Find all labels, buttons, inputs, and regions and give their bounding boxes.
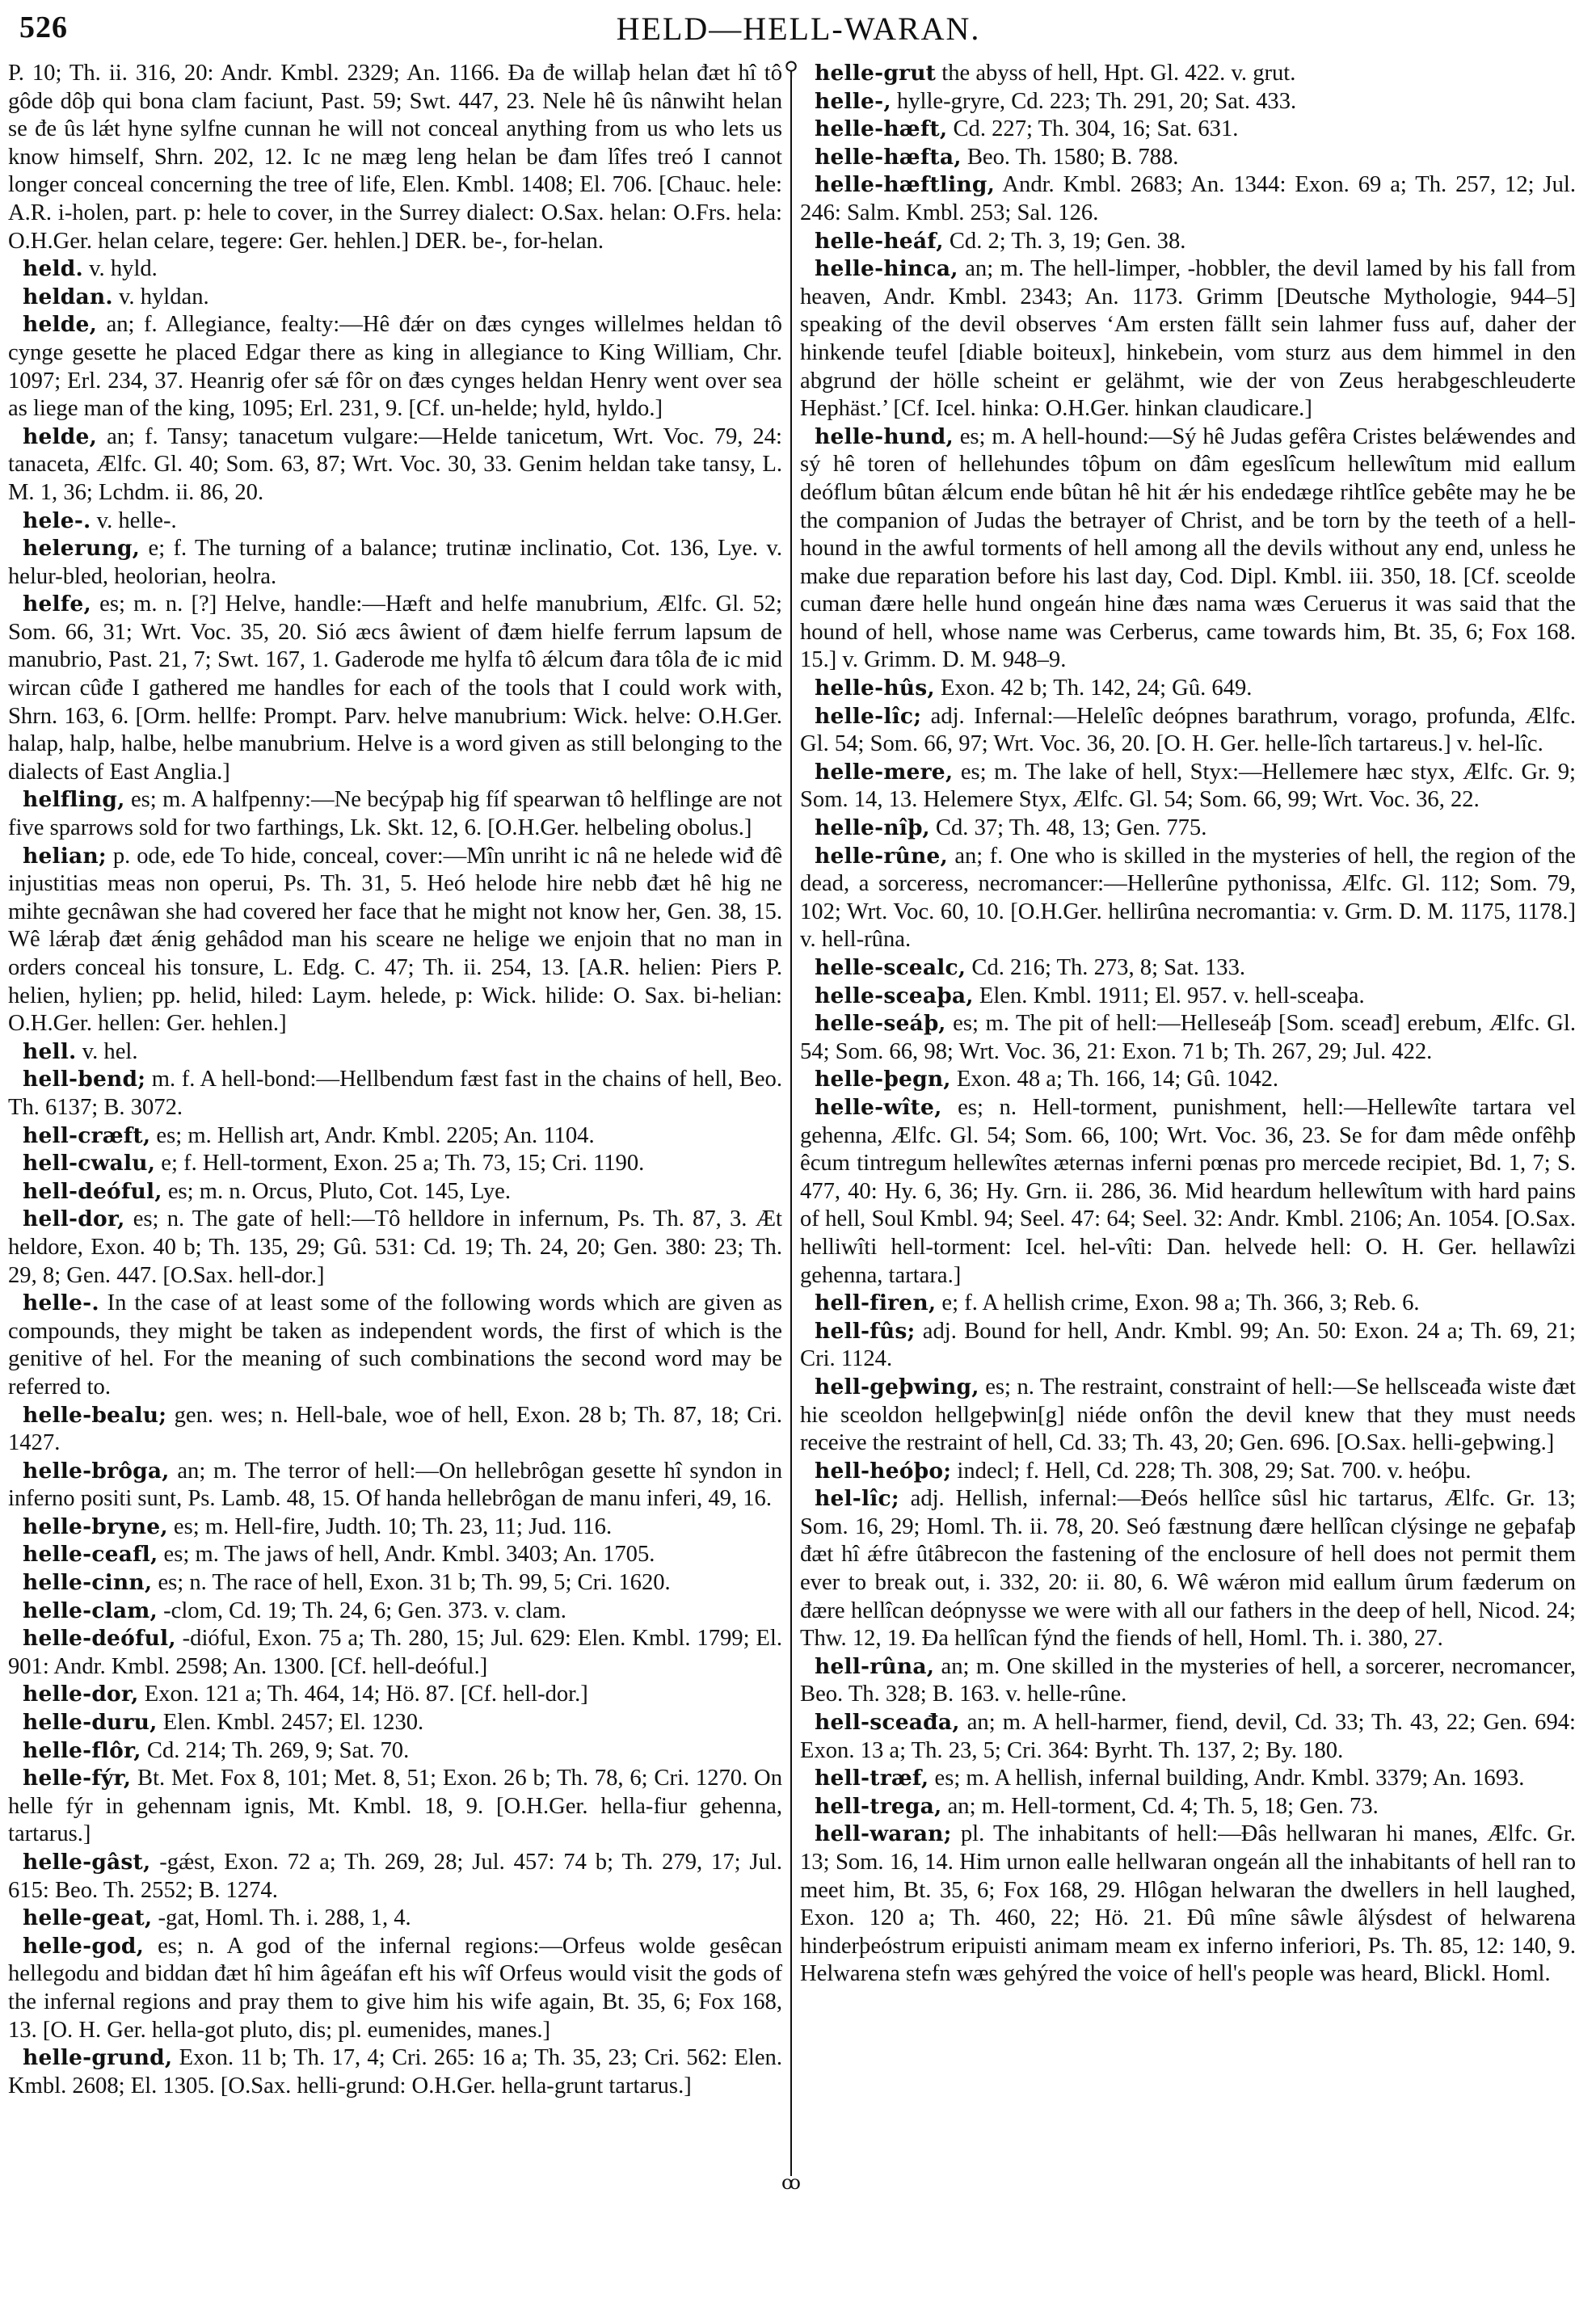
entry-body: -clom, Cd. 19; Th. 24, 6; Gen. 373. v. c…: [163, 1598, 566, 1623]
entry-headword: helle-þegn,: [815, 1067, 951, 1092]
entry-headword: helerung,: [23, 536, 140, 561]
dictionary-entry: helle-. In the case of at least some of …: [8, 1290, 782, 1401]
entry-headword: heldan.: [23, 284, 113, 309]
entry-headword: hell-cwalu,: [23, 1151, 155, 1176]
dictionary-entry: helle-god, es; n. A god of the infernal …: [8, 1933, 782, 2044]
dictionary-entry: hell-firen, e; f. A hellish crime, Exon.…: [800, 1290, 1576, 1318]
dictionary-entry: hell-cræft, es; m. Hellish art, Andr. Km…: [8, 1122, 782, 1151]
dictionary-entry: helle-hæfta, Beo. Th. 1580; B. 788.: [800, 144, 1576, 172]
entry-body: Elen. Kmbl. 2457; El. 1230.: [163, 1710, 423, 1735]
dictionary-entry: hell-deóful, es; m. n. Orcus, Pluto, Cot…: [8, 1178, 782, 1206]
entry-headword: helle-bealu;: [23, 1403, 166, 1428]
entry-body: Cd. 216; Th. 273, 8; Sat. 133.: [971, 955, 1245, 980]
dictionary-entry: helle-duru, Elen. Kmbl. 2457; El. 1230.: [8, 1709, 782, 1737]
entry-body: adj. Hellish, infernal:—Đeós hellîce sûs…: [800, 1486, 1576, 1651]
entry-headword: helle-ceafl,: [23, 1542, 158, 1567]
entry-headword: helle-geat,: [23, 1905, 152, 1930]
entry-headword: helian;: [23, 844, 107, 869]
dictionary-entry: helle-nîþ, Cd. 37; Th. 48, 13; Gen. 775.: [800, 815, 1576, 843]
entry-headword: hell-firen,: [815, 1290, 936, 1315]
entry-body: v. helle-.: [97, 508, 177, 533]
dictionary-entry: hell-træf, es; m. A hellish, infernal bu…: [800, 1765, 1576, 1793]
entry-body: -gat, Homl. Th. i. 288, 1, 4.: [158, 1905, 411, 1930]
dictionary-entry: held. v. hyld.: [8, 255, 782, 284]
dictionary-entry: helle-hinca, an; m. The hell-limper, -ho…: [800, 255, 1576, 423]
dictionary-entry: helle-fýr, Bt. Met. Fox 8, 101; Met. 8, …: [8, 1765, 782, 1849]
entry-headword: helle-bryne,: [23, 1514, 168, 1539]
entry-body: indecl; f. Hell, Cd. 228; Th. 308, 29; S…: [957, 1459, 1471, 1484]
entry-body: an; f. Allegiance, fealty:—Hê đǽr on đæs…: [8, 312, 782, 421]
entry-body: Exon. 48 a; Th. 166, 14; Gû. 1042.: [957, 1067, 1278, 1092]
entry-headword: helle-hæfta,: [815, 145, 962, 170]
dictionary-entry: helfling, es; m. A halfpenny:—Ne becýpaþ…: [8, 786, 782, 842]
dictionary-entry: hell-sceađa, an; m. A hell-harmer, fiend…: [800, 1709, 1576, 1765]
dictionary-entry: helle-clam, -clom, Cd. 19; Th. 24, 6; Ge…: [8, 1597, 782, 1626]
entry-body: es; n. Hell-torment, punishment, hell:—H…: [800, 1095, 1576, 1288]
entry-headword: helle-brôga,: [23, 1459, 170, 1484]
entry-body: e; f. Hell-torment, Exon. 25 a; Th. 73, …: [161, 1151, 644, 1176]
entry-headword: helle-grut: [815, 61, 936, 86]
entry-body: v. hyld.: [89, 256, 158, 281]
divider-ornament-bottom-icon: ꝏ: [781, 2174, 802, 2193]
entry-headword: hell-geþwing,: [815, 1374, 979, 1400]
entry-body: es; m. The jaws of hell, Andr. Kmbl. 340…: [164, 1542, 655, 1567]
entry-headword: helle-duru,: [23, 1710, 158, 1735]
entry-headword: helle-cinn,: [23, 1570, 152, 1595]
entry-headword: hell-rûna,: [815, 1654, 934, 1679]
entry-headword: hell-waran;: [815, 1821, 952, 1846]
running-head: HELD—HELL-WARAN.: [15, 10, 1582, 48]
dictionary-entry: helle-seáþ, es; m. The pit of hell:—Hell…: [800, 1010, 1576, 1066]
entry-headword: hell-sceađa,: [815, 1710, 960, 1735]
entry-headword: helle-dor,: [23, 1682, 139, 1707]
entry-headword: helle-mere,: [815, 760, 953, 785]
dictionary-entry: helle-þegn, Exon. 48 a; Th. 166, 14; Gû.…: [800, 1066, 1576, 1094]
left-column: P. 10; Th. ii. 316, 20: Andr. Kmbl. 2329…: [8, 60, 782, 2100]
entry-body: es; m. A hell-hound:—Sý hê Judas gefêra …: [800, 424, 1576, 673]
dictionary-entry: helle-bryne, es; m. Hell-fire, Judth. 10…: [8, 1513, 782, 1542]
entry-body: adj. Bound for hell, Andr. Kmbl. 99; An.…: [800, 1319, 1576, 1372]
dictionary-entry: helle-lîc; adj. Infernal:—Helelîc deópne…: [800, 703, 1576, 759]
entry-headword: helle-heáf,: [815, 229, 944, 254]
entry-body: e; f. A hellish crime, Exon. 98 a; Th. 3…: [941, 1290, 1419, 1315]
entry-body: es; m. Hell-fire, Judth. 10; Th. 23, 11;…: [174, 1514, 612, 1539]
dictionary-entry: hel-lîc; adj. Hellish, infernal:—Đeós he…: [800, 1485, 1576, 1653]
dictionary-entry: heldan. v. hyldan.: [8, 284, 782, 312]
dictionary-entry: hell. v. hel.: [8, 1038, 782, 1067]
entry-headword: helle-grund,: [23, 2045, 172, 2070]
entry-body: Beo. Th. 1580; B. 788.: [967, 145, 1179, 170]
entry-headword: helle-hæft,: [815, 116, 947, 141]
entry-body: Cd. 227; Th. 304, 16; Sat. 631.: [953, 116, 1238, 141]
entry-headword: hell.: [23, 1039, 77, 1064]
entry-body: Elen. Kmbl. 1911; El. 957. v. hell-sceaþ…: [979, 983, 1365, 1008]
divider-ornament-top-icon: ⚲: [781, 60, 802, 79]
entry-headword: helle-,: [815, 89, 891, 114]
entry-headword: hel-lîc;: [815, 1486, 899, 1511]
dictionary-entry: helle-deóful, -dióful, Exon. 75 a; Th. 2…: [8, 1625, 782, 1681]
entry-headword: helle-.: [23, 1290, 99, 1315]
entry-headword: helle-gâst,: [23, 1850, 150, 1875]
dictionary-entry: helfe, es; m. n. [?] Helve, handle:—Hæft…: [8, 591, 782, 786]
dictionary-entry: helle-grund, Exon. 11 b; Th. 17, 4; Cri.…: [8, 2044, 782, 2100]
entry-body: the abyss of hell, Hpt. Gl. 422. v. grut…: [941, 61, 1295, 86]
entry-body: es; m. A hellish, infernal building, And…: [935, 1766, 1525, 1791]
entry-headword: helle-lîc;: [815, 704, 921, 729]
dictionary-entry: hell-waran; pl. The inhabitants of hell:…: [800, 1821, 1576, 1989]
dictionary-entry: helle-hûs, Exon. 42 b; Th. 142, 24; Gû. …: [800, 675, 1576, 703]
entry-body: v. hyldan.: [119, 284, 209, 309]
entry-headword: hell-cræft,: [23, 1123, 150, 1148]
dictionary-entry: helle-scealc, Cd. 216; Th. 273, 8; Sat. …: [800, 954, 1576, 983]
entry-headword: helle-scealc,: [815, 955, 966, 980]
dictionary-entry: hell-fûs; adj. Bound for hell, Andr. Kmb…: [800, 1318, 1576, 1374]
dictionary-entry: hele-. v. helle-.: [8, 507, 782, 536]
dictionary-entry: helle-heáf, Cd. 2; Th. 3, 19; Gen. 38.: [800, 228, 1576, 256]
dictionary-entry: helle-ceafl, es; m. The jaws of hell, An…: [8, 1541, 782, 1569]
entry-body: Cd. 37; Th. 48, 13; Gen. 775.: [936, 815, 1206, 840]
dictionary-entry: helde, an; f. Tansy; tanacetum vulgare:—…: [8, 423, 782, 507]
dictionary-entry: hell-bend; m. f. A hell-bond:—Hellbendum…: [8, 1066, 782, 1122]
entry-headword: helle-hæftling,: [815, 172, 995, 197]
dictionary-entry: helle-geat, -gat, Homl. Th. i. 288, 1, 4…: [8, 1905, 782, 1933]
dictionary-entry: hell-rûna, an; m. One skilled in the mys…: [800, 1653, 1576, 1709]
dictionary-entry: hell-cwalu, e; f. Hell-torment, Exon. 25…: [8, 1150, 782, 1178]
entry-headword: helle-rûne,: [815, 844, 948, 869]
dictionary-entry: helle-hæft, Cd. 227; Th. 304, 16; Sat. 6…: [800, 116, 1576, 144]
entry-headword: helde,: [23, 312, 97, 337]
entry-body: es; m. n. [?] Helve, handle:—Hæft and he…: [8, 591, 782, 785]
entry-headword: helle-god,: [23, 1934, 144, 1959]
entry-headword: hell-deóful,: [23, 1179, 162, 1204]
entry-body: Exon. 121 a; Th. 464, 14; Hö. 87. [Cf. h…: [145, 1682, 588, 1707]
entry-body: p. ode, ede To hide, conceal, cover:—Mîn…: [8, 844, 782, 1037]
dictionary-entry: helerung, e; f. The turning of a balance…: [8, 535, 782, 591]
entry-headword: helle-wîte,: [815, 1095, 942, 1120]
dictionary-entry: helle-wîte, es; n. Hell-torment, punishm…: [800, 1094, 1576, 1290]
dictionary-entry: helle-cinn, es; n. The race of hell, Exo…: [8, 1569, 782, 1597]
dictionary-entry: helle-dor, Exon. 121 a; Th. 464, 14; Hö.…: [8, 1681, 782, 1709]
entry-body: Cd. 2; Th. 3, 19; Gen. 38.: [950, 229, 1186, 254]
entry-headword: hell-fûs;: [815, 1319, 915, 1344]
dictionary-entry: helle-flôr, Cd. 214; Th. 269, 9; Sat. 70…: [8, 1737, 782, 1766]
entry-headword: helde,: [23, 424, 97, 449]
dictionary-entry: helle-, hylle-gryre, Cd. 223; Th. 291, 2…: [800, 88, 1576, 116]
dictionary-entry: helle-hund, es; m. A hell-hound:—Sý hê J…: [800, 423, 1576, 675]
entry-headword: helle-hinca,: [815, 256, 958, 281]
entry-headword: helle-sceaþa,: [815, 983, 974, 1008]
entry-headword: hell-bend;: [23, 1067, 145, 1092]
dictionary-entry: P. 10; Th. ii. 316, 20: Andr. Kmbl. 2329…: [8, 60, 782, 255]
entry-headword: held.: [23, 256, 83, 281]
dictionary-entry: helle-bealu; gen. wes; n. Hell-bale, woe…: [8, 1402, 782, 1458]
entry-body: Exon. 42 b; Th. 142, 24; Gû. 649.: [941, 676, 1253, 701]
entry-headword: helle-seáþ,: [815, 1011, 946, 1036]
entry-headword: hell-dor,: [23, 1206, 125, 1231]
entry-headword: hell-træf,: [815, 1766, 929, 1791]
entry-headword: helfling,: [23, 787, 125, 812]
page-header: 526 HELD—HELL-WARAN.: [15, 6, 1582, 52]
dictionary-entry: helle-grut the abyss of hell, Hpt. Gl. 4…: [800, 60, 1576, 88]
entry-headword: hele-.: [23, 508, 91, 533]
entry-body: an; f. Tansy; tanacetum vulgare:—Helde t…: [8, 424, 782, 505]
dictionary-entry: hell-trega, an; m. Hell-torment, Cd. 4; …: [800, 1793, 1576, 1821]
dictionary-entry: helle-gâst, -gǽst, Exon. 72 a; Th. 269, …: [8, 1849, 782, 1905]
dictionary-entry: helle-brôga, an; m. The terror of hell:—…: [8, 1458, 782, 1513]
dictionary-entry: helle-hæftling, Andr. Kmbl. 2683; An. 13…: [800, 171, 1576, 227]
entry-headword: helle-nîþ,: [815, 815, 930, 840]
entry-headword: hell-heóþo;: [815, 1459, 951, 1484]
entry-body: es; n. The race of hell, Exon. 31 b; Th.…: [158, 1570, 670, 1595]
column-divider: [790, 71, 792, 2176]
entry-body: hylle-gryre, Cd. 223; Th. 291, 20; Sat. …: [897, 89, 1296, 114]
entry-body: es; m. n. Orcus, Pluto, Cot. 145, Lye.: [168, 1179, 511, 1204]
entry-headword: helle-deóful,: [23, 1626, 176, 1651]
dictionary-entry: helian; p. ode, ede To hide, conceal, co…: [8, 843, 782, 1038]
entry-headword: helfe,: [23, 591, 91, 617]
dictionary-entry: helle-rûne, an; f. One who is skilled in…: [800, 843, 1576, 954]
dictionary-entry: helde, an; f. Allegiance, fealty:—Hê đǽr…: [8, 311, 782, 423]
entry-headword: helle-flôr,: [23, 1738, 141, 1763]
entry-headword: hell-trega,: [815, 1794, 941, 1819]
entry-headword: helle-fýr,: [23, 1766, 131, 1791]
dictionary-entry: hell-geþwing, es; n. The restraint, cons…: [800, 1374, 1576, 1458]
entry-headword: helle-clam,: [23, 1598, 158, 1623]
entry-body: v. hel.: [82, 1039, 138, 1064]
entry-body: P. 10; Th. ii. 316, 20: Andr. Kmbl. 2329…: [8, 61, 782, 254]
dictionary-entry: hell-dor, es; n. The gate of hell:—Tô he…: [8, 1206, 782, 1290]
right-column: helle-grut the abyss of hell, Hpt. Gl. 4…: [800, 60, 1576, 1989]
dictionary-entry: helle-sceaþa, Elen. Kmbl. 1911; El. 957.…: [800, 983, 1576, 1011]
entry-body: an; m. Hell-torment, Cd. 4; Th. 5, 18; G…: [948, 1794, 1379, 1819]
dictionary-entry: hell-heóþo; indecl; f. Hell, Cd. 228; Th…: [800, 1458, 1576, 1486]
entry-body: Cd. 214; Th. 269, 9; Sat. 70.: [147, 1738, 409, 1763]
entry-headword: helle-hund,: [815, 424, 954, 449]
entry-body: es; m. Hellish art, Andr. Kmbl. 2205; An…: [156, 1123, 594, 1148]
entry-headword: helle-hûs,: [815, 676, 935, 701]
dictionary-entry: helle-mere, es; m. The lake of hell, Sty…: [800, 759, 1576, 815]
entry-body: In the case of at least some of the foll…: [8, 1290, 782, 1400]
